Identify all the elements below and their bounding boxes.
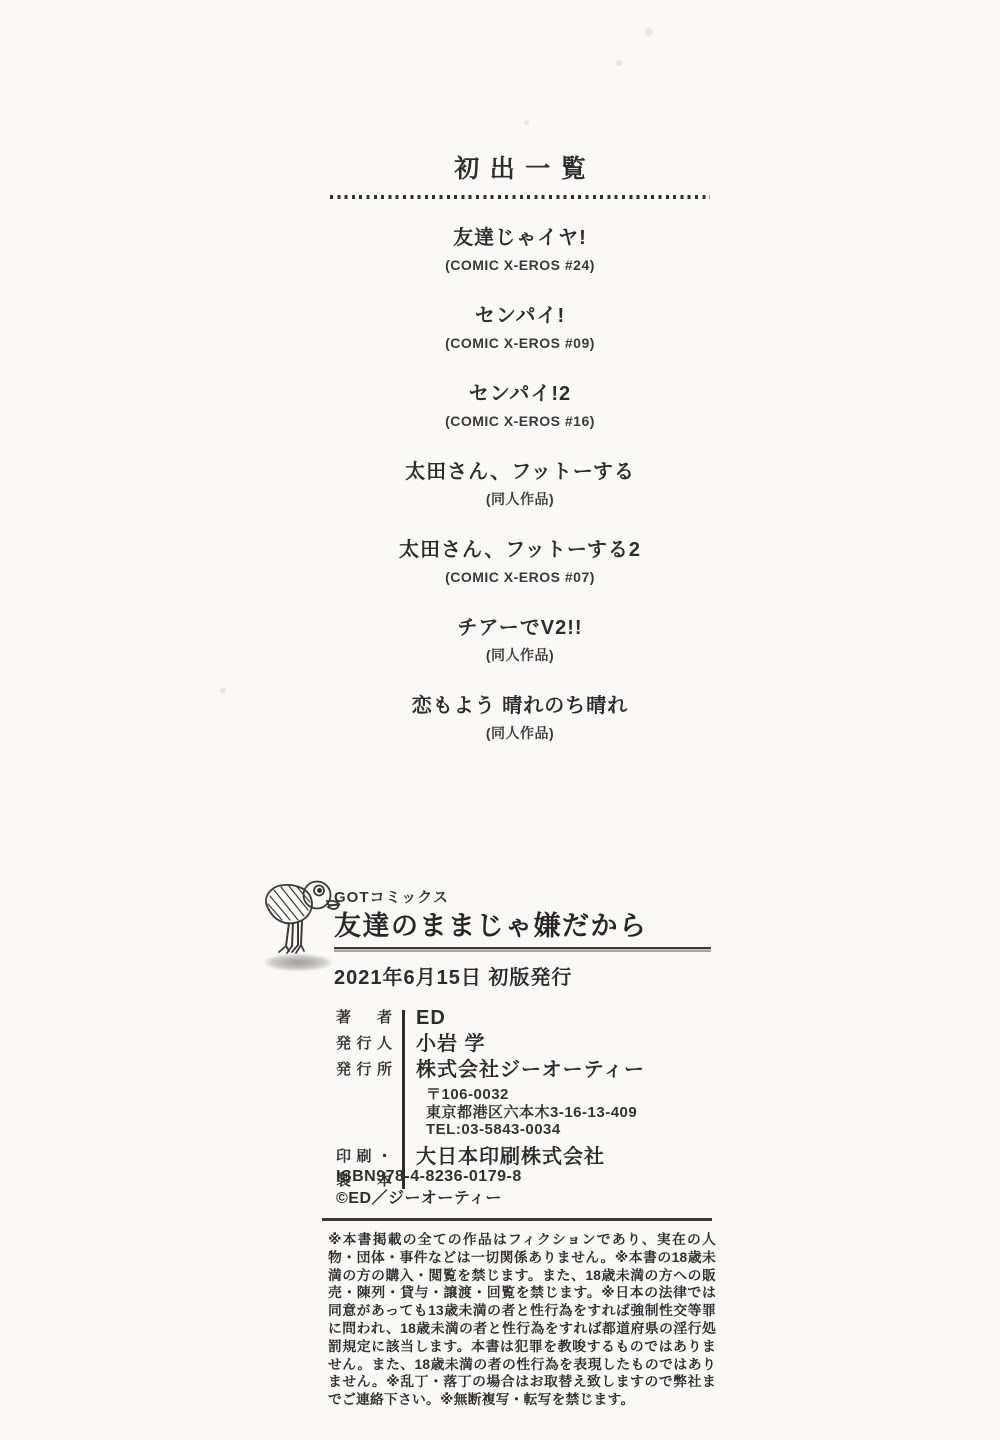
colophon-header: GOTコミックス 友達のままじゃ嫌だから 2021年6月15日 初版発行: [334, 889, 711, 990]
entry-title: チアーでV2!!: [330, 615, 710, 641]
section-title: 初出一覧: [330, 152, 710, 186]
disclaimer-divider: [322, 1218, 712, 1221]
dotted-divider: [330, 195, 710, 199]
row-value: 大日本印刷株式会社: [416, 1145, 605, 1169]
row-value: 株式会社ジーオーティー: [416, 1058, 645, 1082]
row-value: ED: [416, 1006, 446, 1030]
row-value: 小岩 学: [416, 1032, 486, 1056]
publication-entry: 恋もよう 晴れのち晴れ (同人作品): [330, 693, 710, 745]
legal-disclaimer: ※本書掲載の全ての作品はフィクションであり、実在の人物・団体・事件などは一切関係…: [328, 1231, 716, 1409]
entry-source: (同人作品): [330, 721, 710, 745]
entry-source: (同人作品): [330, 643, 710, 667]
bird-logo-icon: [256, 876, 342, 963]
entry-title: センパイ!: [330, 303, 710, 329]
table-row-author: 著者 ED: [336, 1006, 710, 1030]
first-publication-list: 初出一覧 友達じゃイヤ! (COMIC X-EROS #24) センパイ! (C…: [330, 152, 710, 745]
entry-source: (COMIC X-EROS #24): [330, 253, 710, 277]
publisher-address: 東京都港区六本木3-16-13-409: [426, 1104, 710, 1122]
publisher-postal-code: 〒106-0032: [426, 1086, 710, 1104]
publication-entry: センパイ!2 (COMIC X-EROS #16): [330, 381, 710, 433]
entry-source: (COMIC X-EROS #09): [330, 331, 710, 355]
bird-logo-shadow: [264, 954, 332, 971]
scan-speck: [645, 28, 653, 36]
publication-entry: チアーでV2!! (同人作品): [330, 615, 710, 667]
edition-date: 2021年6月15日 初版発行: [334, 961, 711, 990]
colophon-page: { "first_publication": { "section_title"…: [0, 0, 1000, 1440]
scan-speck: [616, 60, 622, 66]
publisher-phone: TEL:03-5843-0034: [426, 1121, 710, 1139]
book-title: 友達のままじゃ嫌だから: [334, 910, 711, 942]
row-label: 著者: [336, 1006, 392, 1030]
entry-title: 恋もよう 晴れのち晴れ: [330, 693, 710, 719]
entry-title: 太田さん、フットーする: [330, 459, 710, 485]
entry-source: (COMIC X-EROS #16): [330, 409, 710, 433]
entry-source: (同人作品): [330, 487, 710, 511]
imprint-label: GOTコミックス: [334, 889, 711, 907]
isbn: ISBN978-4-8236-0179-8: [336, 1166, 522, 1188]
publication-info-table: 著者 ED 発行人 小岩 学 発行所 株式会社ジーオーティー 〒106-0032…: [336, 1006, 710, 1193]
row-label: 発行人: [336, 1032, 392, 1056]
title-underline: [334, 947, 711, 952]
publication-entry: 友達じゃイヤ! (COMIC X-EROS #24): [330, 225, 710, 277]
publication-entry: 太田さん、フットーする (同人作品): [330, 459, 710, 511]
entry-title: センパイ!2: [330, 381, 710, 407]
table-row-publisher-person: 発行人 小岩 学: [336, 1032, 710, 1056]
publication-entry: センパイ! (COMIC X-EROS #09): [330, 303, 710, 355]
table-row-publisher-company: 発行所 株式会社ジーオーティー: [336, 1058, 710, 1082]
publication-entry: 太田さん、フットーする2 (COMIC X-EROS #07): [330, 537, 710, 589]
entry-source: (COMIC X-EROS #07): [330, 565, 710, 589]
scan-speck: [220, 688, 226, 693]
entry-title: 太田さん、フットーする2: [330, 537, 710, 563]
entry-title: 友達じゃイヤ!: [330, 225, 710, 251]
row-label: 発行所: [336, 1058, 392, 1082]
isbn-block: ISBN978-4-8236-0179-8 ©ED／ジーオーティー: [336, 1166, 522, 1210]
copyright: ©ED／ジーオーティー: [336, 1188, 522, 1210]
scan-speck: [524, 120, 529, 125]
